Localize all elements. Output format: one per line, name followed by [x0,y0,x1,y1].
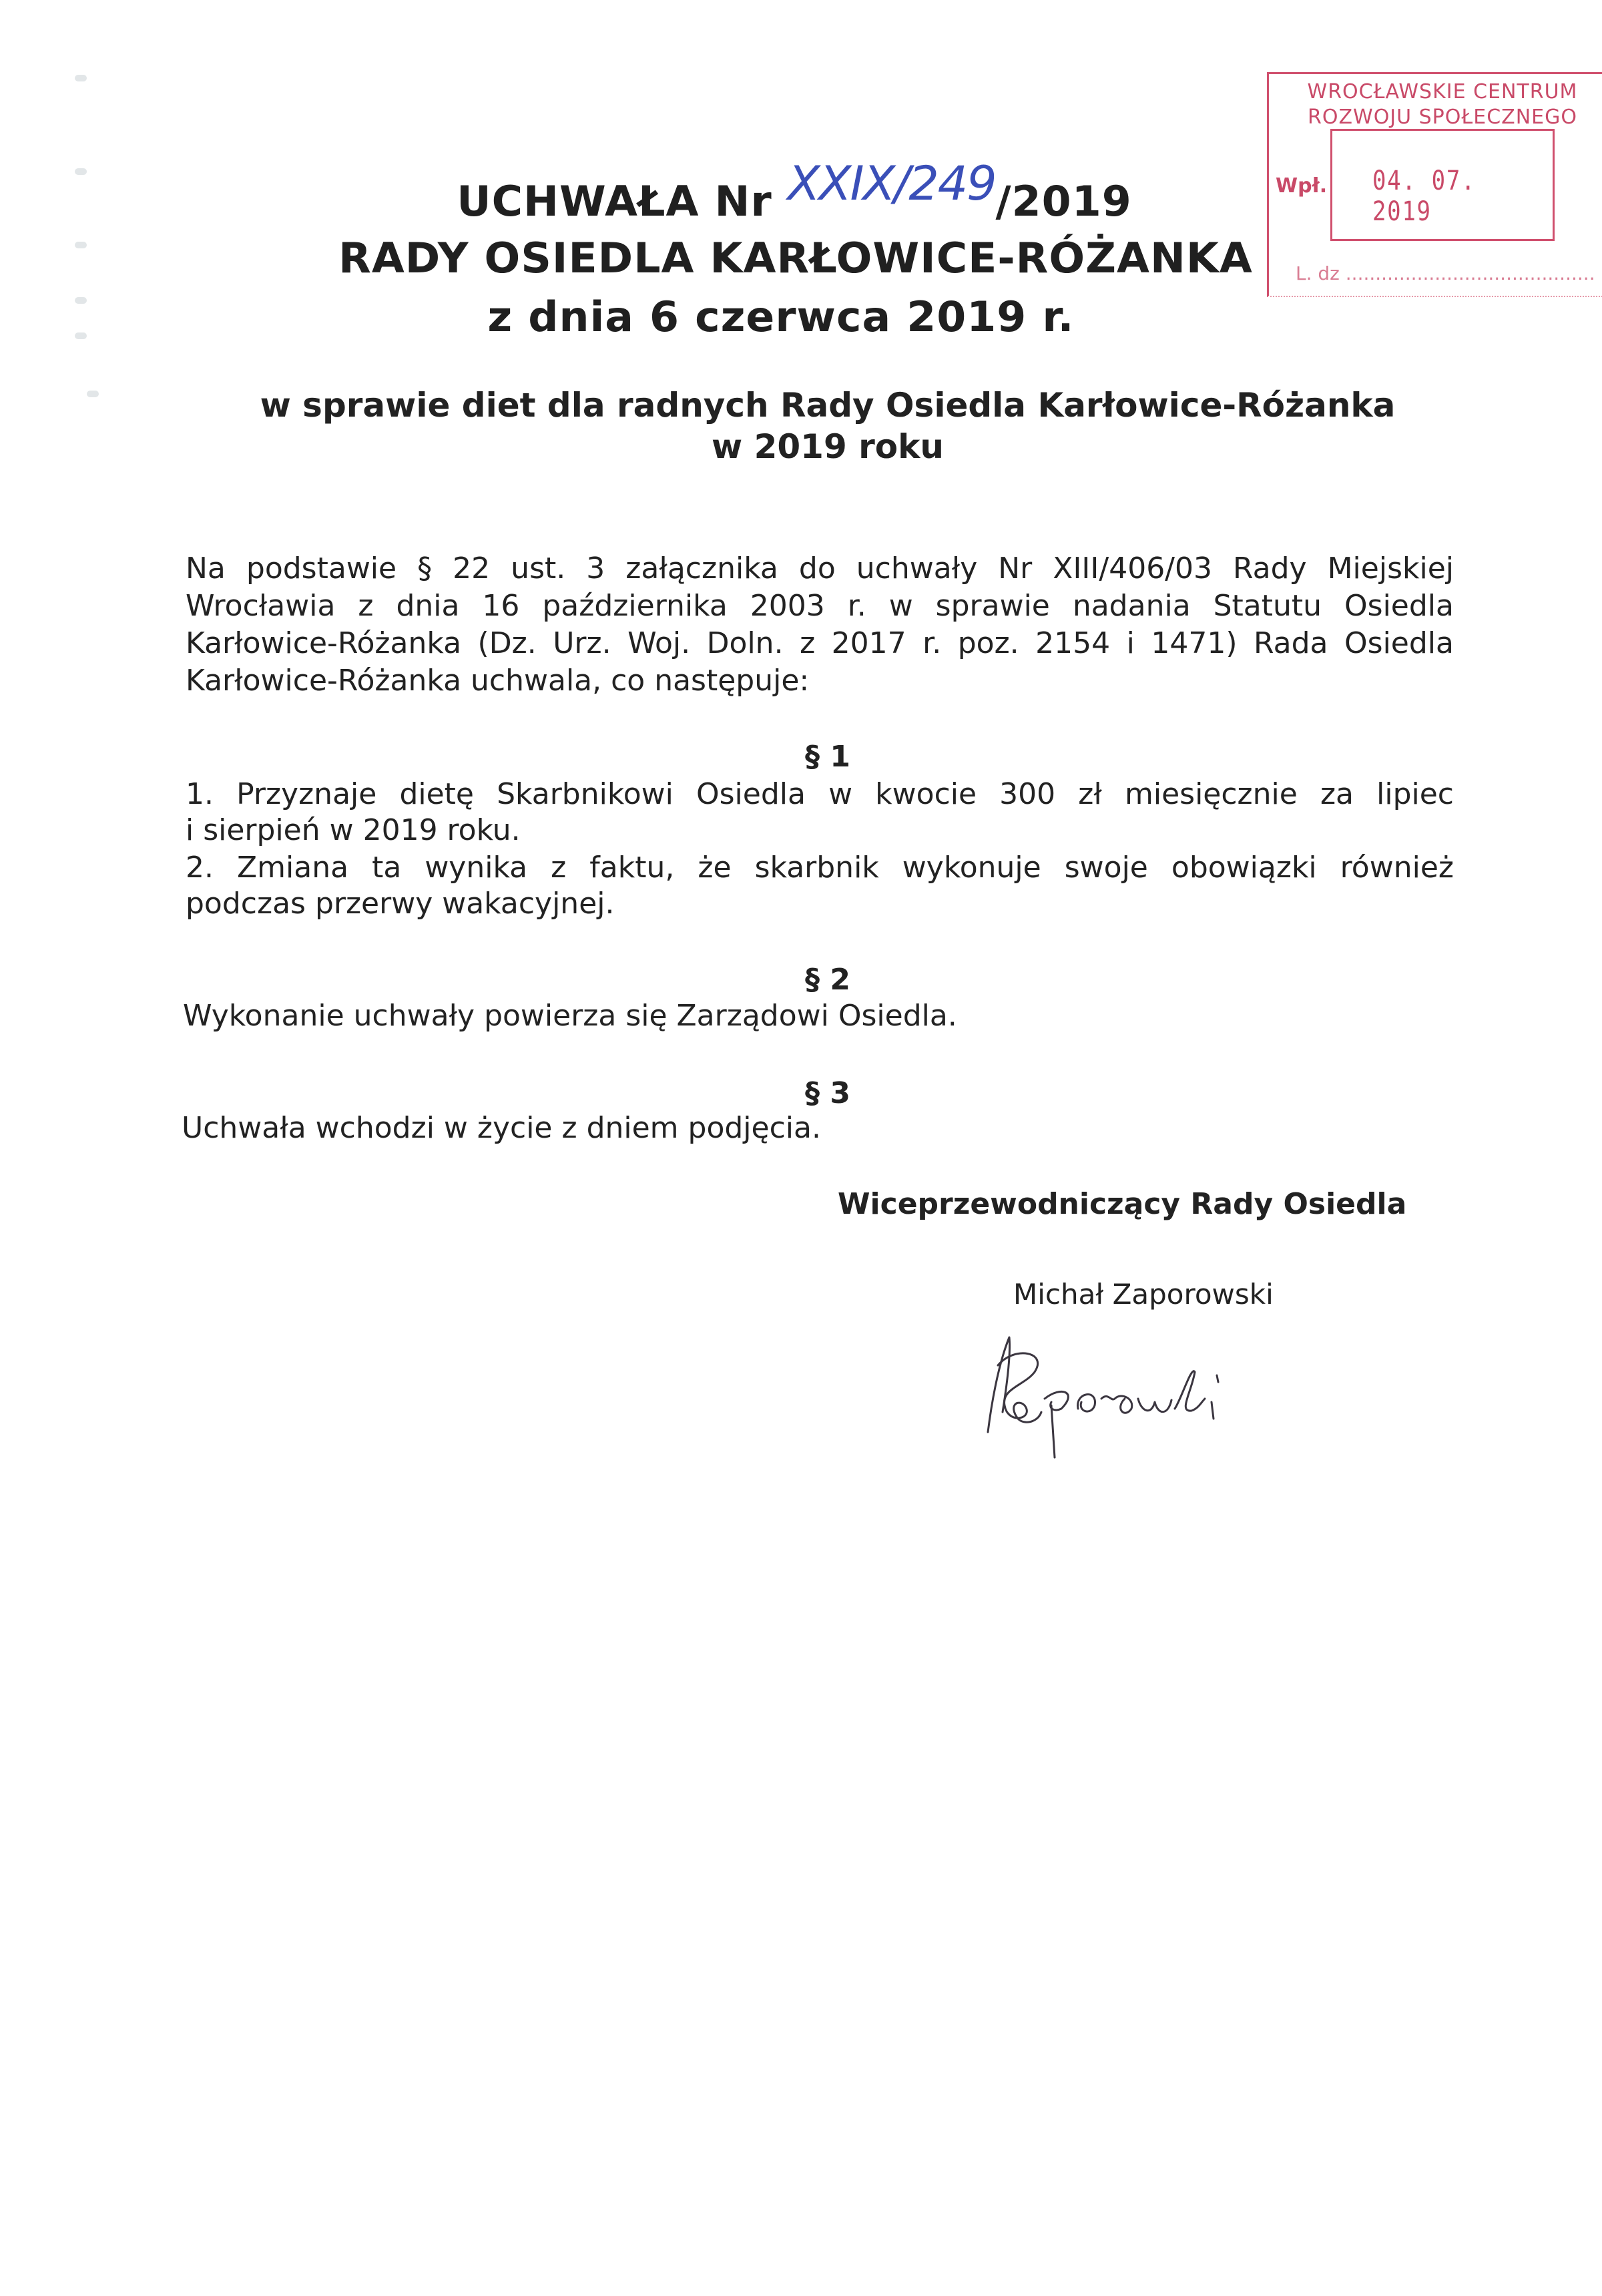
stamp-org-line1: WROCŁAWSKIE CENTRUM [1296,79,1589,105]
section-2-heading: § 2 [27,963,1602,997]
stamp-date-box: 04. 07. 2019 [1330,129,1555,241]
section-1-item-1-line: 1. Przyznaje dietę Skarbnikowi Osiedla w… [186,776,1454,813]
signer-title: Wiceprzewodniczący Rady Osiedla [838,1187,1406,1221]
preamble-line: Karłowice-Różanka uchwala, co następuje: [186,662,1454,700]
title-prefix: UCHWAŁA Nr [457,177,787,226]
preamble-line: Na podstawie § 22 ust. 3 załącznika do u… [186,550,1454,588]
title-suffix: /2019 [996,177,1132,226]
preamble-line: Karłowice-Różanka (Dz. Urz. Woj. Doln. z… [186,625,1454,662]
stamp-org-line2: ROZWOJU SPOŁECZNEGO [1296,105,1589,130]
preamble: Na podstawie § 22 ust. 3 załącznika do u… [186,550,1454,700]
section-1-item-2-line: podczas przerwy wakacyjnej. [186,885,1454,923]
stamp-date: 04. 07. 2019 [1372,166,1526,227]
received-stamp: WROCŁAWSKIE CENTRUM ROZWOJU SPOŁECZNEGO … [1267,72,1602,297]
signer-name: Michał Zaporowski [1013,1278,1274,1311]
scan-artifact [75,75,87,81]
subject-line-2: w 2019 roku [27,427,1602,466]
section-1-item-1-line: i sierpień w 2019 roku. [186,812,1454,849]
handwritten-signature-icon [961,1325,1268,1459]
stamp-received-label: Wpł. [1276,174,1327,198]
section-3-text: Uchwała wchodzi w życie z dniem podjęcia… [182,1110,821,1147]
section-3-heading: § 3 [27,1076,1602,1110]
resolution-date: z dnia 6 czerwca 2019 r. [0,292,1598,341]
section-2-text: Wykonanie uchwały powierza się Zarządowi… [183,997,957,1035]
handwritten-resolution-number: XXIX/249 [788,156,996,211]
preamble-line: Wrocławia z dnia 16 października 2003 r.… [186,588,1454,625]
stamp-reference-number: L. dz ..................................… [1296,262,1596,284]
subject-line-1: w sprawie diet dla radnych Rady Osiedla … [27,386,1602,425]
section-1-heading: § 1 [27,740,1602,774]
section-1-item-2-line: 2. Zmiana ta wynika z faktu, że skarbnik… [186,849,1454,887]
stamp-organization: WROCŁAWSKIE CENTRUM ROZWOJU SPOŁECZNEGO [1296,79,1589,130]
